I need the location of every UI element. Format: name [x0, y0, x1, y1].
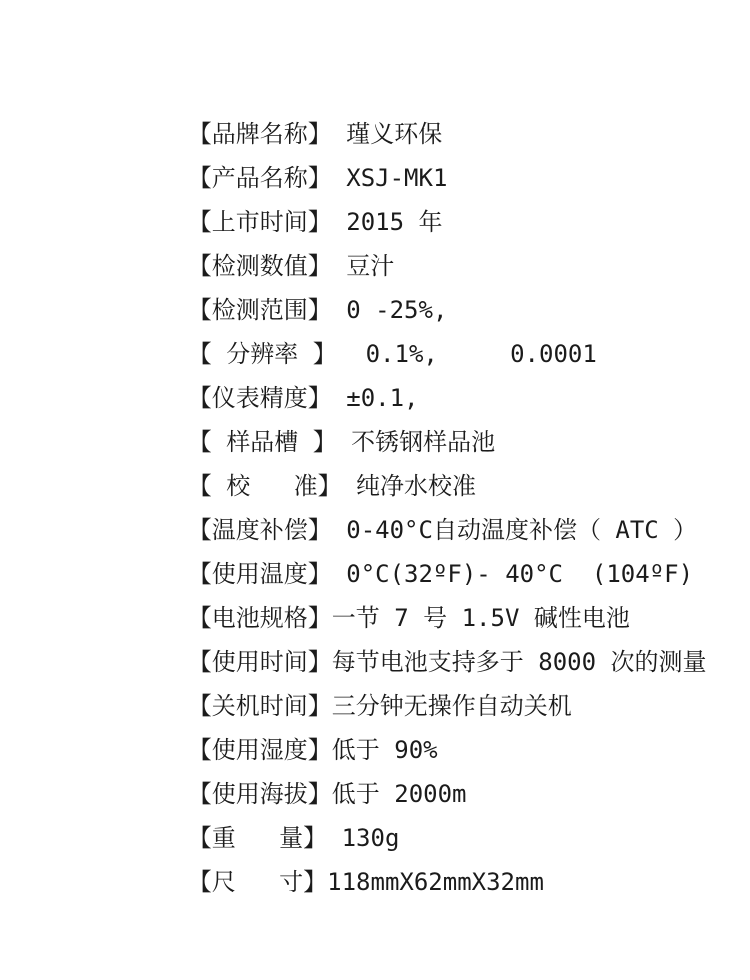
spec-value: 0 -25%,: [332, 296, 448, 324]
product-spec-sheet: 【品牌名称】 瑾义环保 【产品名称】 XSJ-MK1 【上市时间】 2015 年…: [130, 68, 730, 860]
spec-label: 【产品名称】: [188, 164, 332, 192]
spec-value: 纯净水校准: [342, 472, 476, 500]
spec-value: 每节电池支持多于 8000 次的测量: [332, 648, 707, 676]
spec-value: 130g: [327, 824, 399, 852]
spec-row-brand: 【品牌名称】 瑾义环保: [130, 68, 730, 112]
spec-value: 0.1%, 0.0001: [337, 340, 597, 368]
spec-label: 【使用湿度】: [188, 736, 332, 764]
spec-value: 一节 7 号 1.5V 碱性电池: [332, 604, 630, 632]
spec-value: 低于 2000m: [332, 780, 467, 808]
spec-label: 【检测数值】: [188, 252, 332, 280]
spec-label: 【重 量】: [188, 824, 327, 852]
spec-value: 2015 年: [332, 208, 443, 236]
spec-value: 0°C(32ºF)- 40°C (104ºF): [332, 560, 693, 588]
spec-label: 【 样品槽 】: [188, 428, 337, 456]
spec-label: 【仪表精度】: [188, 384, 332, 412]
spec-label: 【品牌名称】: [188, 120, 332, 148]
spec-value: 三分钟无操作自动关机: [332, 692, 572, 720]
spec-label: 【使用温度】: [188, 560, 332, 588]
spec-label: 【使用海拔】: [188, 780, 332, 808]
spec-value: 低于 90%: [332, 736, 438, 764]
spec-label: 【尺 寸】: [188, 868, 327, 896]
spec-label: 【关机时间】: [188, 692, 332, 720]
spec-value: ±0.1,: [332, 384, 419, 412]
spec-value: 瑾义环保: [332, 120, 442, 148]
spec-label: 【 校 准】: [188, 472, 342, 500]
spec-value: 不锈钢样品池: [337, 428, 495, 456]
spec-value: 0-40°C自动温度补偿（ ATC ）: [332, 516, 697, 544]
spec-value: 豆汁: [332, 252, 394, 280]
spec-label: 【温度补偿】: [188, 516, 332, 544]
spec-label: 【检测范围】: [188, 296, 332, 324]
spec-label: 【使用时间】: [188, 648, 332, 676]
spec-value: XSJ-MK1: [332, 164, 448, 192]
spec-label: 【电池规格】: [188, 604, 332, 632]
spec-value: 118mmX62mmX32mm: [327, 868, 544, 896]
spec-label: 【上市时间】: [188, 208, 332, 236]
spec-label: 【 分辨率 】: [188, 340, 337, 368]
